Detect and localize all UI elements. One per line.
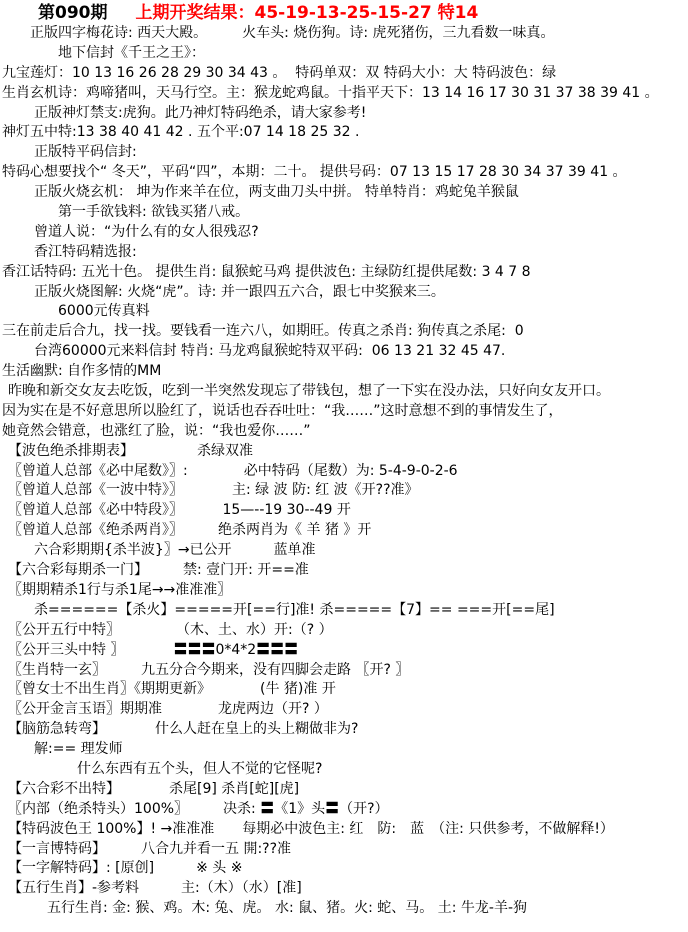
doc-line-money-tip: 第一手欲钱料: 欲钱买猪八戒。 [0, 203, 688, 223]
doc-line-envelope-title: 地下信封《千王之王》： [0, 44, 688, 64]
doc-line-xiangjiang-title: 香江特码精选报: [0, 243, 688, 263]
doc-line-three-heads: 〖公开三头中特 〗 〓〓〓0*4*2〓〓〓 [0, 641, 688, 661]
doc-line-humor-1: 昨晚和新交女友去吃饭，吃到一半突然发现忘了带钱包，想了一下实在没办法，只好向女友… [0, 382, 688, 402]
doc-line-kill-fire: 杀======【杀火】=====开[==行]准! 杀=====【7】== ===… [0, 601, 688, 621]
doc-line-one-char-solve: 【一字解特码】: [原创] ※ 头 ※ [0, 859, 688, 879]
doc-line-envelope-label: 正版特平码信封: [0, 143, 688, 163]
doc-line-excluded-zodiac: 〖曾女士不出生肖〗《期期更新》 (牛 猪)准 开 [0, 680, 688, 700]
doc-line-lotus-lamp: 九宝莲灯：10 13 16 26 28 29 30 34 43 。 特码单双：双… [0, 64, 688, 84]
doc-line-zengdaoren-says: 曾道人说：“为什么有的女人很残忍? [0, 223, 688, 243]
doc-line-special-hint: 特码心想要找个“ 冬天”，平码“四”，本期：二十。 提供号码：07 13 15 … [0, 163, 688, 183]
doc-line-element-detail: 五行生肖: 金: 猴、鸡。木: 兔、虎。 水: 鼠、猪。火: 蛇、马。 土: 牛… [0, 899, 688, 919]
doc-line-zodiac-poem: 生肖玄机诗：鸡啼猪叫，天马行空。主：猴龙蛇鸡鼠。十指平天下：13 14 16 1… [0, 84, 688, 104]
doc-line-riddle-2: 什么东西有五个头，但人不觉的它怪呢? [0, 760, 688, 780]
doc-line-fire-diagram: 正版火烧图解: 火烧“虎”。诗: 并一跟四五六合，跟七中奖猴来三。 [0, 283, 688, 303]
doc-line-tail-numbers: 〖曾道人总部《必中尾数》〗: 必中特码（尾数）为: 5-4-9-0-2-6 [0, 462, 688, 482]
doc-line-wave-color-king: 【特码波色王 100%】! →准准准 每期必中波色主: 红 防: 蓝 （注: 只… [0, 820, 688, 840]
doc-line-humor-title: 生活幽默: 自作多情的MM [0, 362, 688, 382]
doc-line-kill-one-gate: 【六合彩每期杀一门】 禁: 壹门开: 开==准 [0, 561, 688, 581]
issue-number: 第090期 [38, 3, 108, 23]
doc-line-no-special: 【六合彩不出特】 杀尾[9] 杀肖[蛇][虎] [0, 780, 688, 800]
doc-line-special-range: 〖曾道人总部《必中特段》〗 15—--19 30--49 开 [0, 501, 688, 521]
doc-line-riddle: 【脑筋急转弯】 什么人赶在皇上的头上糊做非为? [0, 720, 688, 740]
doc-line-humor-2: 因为实在是不好意思所以脸红了，说话也吞吞吐吐：“我……”这时意想不到的事情发生了… [0, 402, 688, 422]
doc-line-internal-kill: 〖内部（绝杀特头）100%〗 决杀: 〓《1》头〓（开?） [0, 800, 688, 820]
doc-line-riddle-answer: 解:== 理发师 [0, 740, 688, 760]
doc-line-kill-two-zodiac: 〖曾道人总部《绝杀两肖》〗 绝杀两肖为《 羊 猪 》开 [0, 521, 688, 541]
doc-line-wave-kill-table: 【波色绝杀排期表】 杀绿双准 [0, 442, 688, 462]
doc-line-fax-material: 6000元传真料 [0, 302, 688, 322]
doc-line-one-word-bet: 【一言博特码】 八合九并看一五 開:??准 [0, 840, 688, 860]
doc-line-golden-words: 〖公开金言玉语〗期期准 龙虎两边（开? ） [0, 700, 688, 720]
doc-line-xiangjiang-tips: 香江话特码: 五光十色。 提供生肖: 鼠猴蛇马鸡 提供波色: 主绿防红提供尾数:… [0, 263, 688, 283]
doc-line-plum-poem: 正版四字梅花诗: 西天大殿。 火车头: 烧伤狗。诗: 虎死猪伤，三九看数一味真。 [0, 24, 688, 44]
doc-line-five-elements: 〖公开五行中特〗 （木、土、水）开:（? ） [0, 621, 688, 641]
last-draw-result: 上期开奖结果：45-19-13-25-15-27 特14 [136, 3, 479, 23]
doc-line-taiwan-envelope: 台湾60000元来料信封 特肖: 马龙鸡鼠猴蛇特双平码: 06 13 21 32… [0, 342, 688, 362]
doc-line-one-wave: 〖曾道人总部《一波中特》〗 主: 绿 波 防: 红 波《开??准》 [0, 481, 688, 501]
doc-line-fax-kill: 三在前走后合九，找一找。要钱看一连六八，如期旺。传真之杀肖: 狗传真之杀尾: 0 [0, 322, 688, 342]
header-line: 第090期上期开奖结果：45-19-13-25-15-27 特14 [0, 3, 688, 24]
doc-line-lamp-numbers: 神灯五中特:13 38 40 41 42 . 五个平:07 14 18 25 3… [0, 123, 688, 143]
doc-line-humor-3: 她竟然会错意，也涨红了脸，说：“我也爱你……” [0, 422, 688, 442]
doc-line-fire-mystery: 正版火烧玄机： 坤为作来羊在位，两支曲刀头中拼。 特单特肖：鸡蛇兔羊猴鼠 [0, 183, 688, 203]
doc-line-half-wave: 六合彩期期{杀半波}〗→已公开 蓝单准 [0, 541, 688, 561]
doc-line-zodiac-mystery: 〖生肖特一玄〗 九五分合今期来，没有四脚会走路 〖开? 〗 [0, 661, 688, 681]
doc-line-kill-row-tail: 〖期期精杀1行与杀1尾→→准准准〗 [0, 581, 688, 601]
doc-line-lamp-ban: 正版神灯禁支:虎狗。此乃神灯特码绝杀，请大家参考! [0, 104, 688, 124]
lottery-tip-sheet: 第090期上期开奖结果：45-19-13-25-15-27 特14 正版四字梅花… [0, 0, 688, 932]
doc-line-element-zodiac: 【五行生肖】-参考料 主:（木）（水）[准] [0, 879, 688, 899]
